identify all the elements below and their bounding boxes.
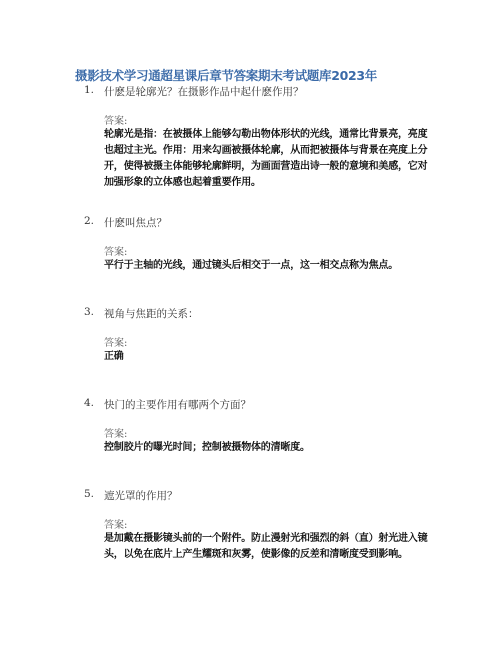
answer-label: 答案: — [104, 516, 428, 531]
answer-label: 答案: — [104, 112, 428, 127]
question-block-4: 4.快门的主要作用有哪两个方面？ 答案: 控制胶片的曝光时间；控制被摄物体的清晰… — [84, 397, 428, 456]
question-text: 什麽是轮廓光？在摄影作品中起什麽作用？ — [104, 84, 304, 99]
answer-text: 正确 — [104, 349, 428, 365]
question-number: 2. — [84, 215, 104, 230]
question-text: 什麽叫焦点？ — [104, 215, 167, 230]
answer-label: 答案: — [104, 425, 428, 440]
document-title: 摄影技术学习通超星课后章节答案期末考试题库2023年 — [75, 66, 377, 84]
answer-label: 答案: — [104, 334, 428, 349]
answer-text: 是加戴在摄影镜头前的一个附件。防止漫射光和强烈的斜（直）射光进入镜头，以免在底片… — [104, 531, 428, 563]
question-text: 快门的主要作用有哪两个方面？ — [104, 397, 251, 412]
question-text: 视角与焦距的关系： — [104, 306, 199, 321]
question-block-1: 1.什麽是轮廓光？在摄影作品中起什麽作用？ 答案: 轮廓光是指：在被摄体上能够勾… — [84, 84, 428, 191]
answer-label: 答案: — [104, 243, 428, 258]
answer-text: 平行于主轴的光线，通过镜头后相交于一点，这一相交点称为焦点。 — [104, 258, 428, 274]
question-block-2: 2.什麽叫焦点？ 答案: 平行于主轴的光线，通过镜头后相交于一点，这一相交点称为… — [84, 215, 428, 274]
question-text: 遮光罩的作用？ — [104, 488, 178, 503]
question-number: 1. — [84, 84, 104, 99]
question-number: 3. — [84, 306, 104, 321]
answer-text: 轮廓光是指：在被摄体上能够勾勒出物体形状的光线，通常比背景亮，亮度也超过主光。作… — [104, 127, 428, 191]
question-block-3: 3.视角与焦距的关系： 答案: 正确 — [84, 306, 428, 365]
question-number: 4. — [84, 397, 104, 412]
question-block-5: 5.遮光罩的作用？ 答案: 是加戴在摄影镜头前的一个附件。防止漫射光和强烈的斜（… — [84, 488, 428, 563]
answer-text: 控制胶片的曝光时间；控制被摄物体的清晰度。 — [104, 440, 428, 456]
question-number: 5. — [84, 488, 104, 503]
